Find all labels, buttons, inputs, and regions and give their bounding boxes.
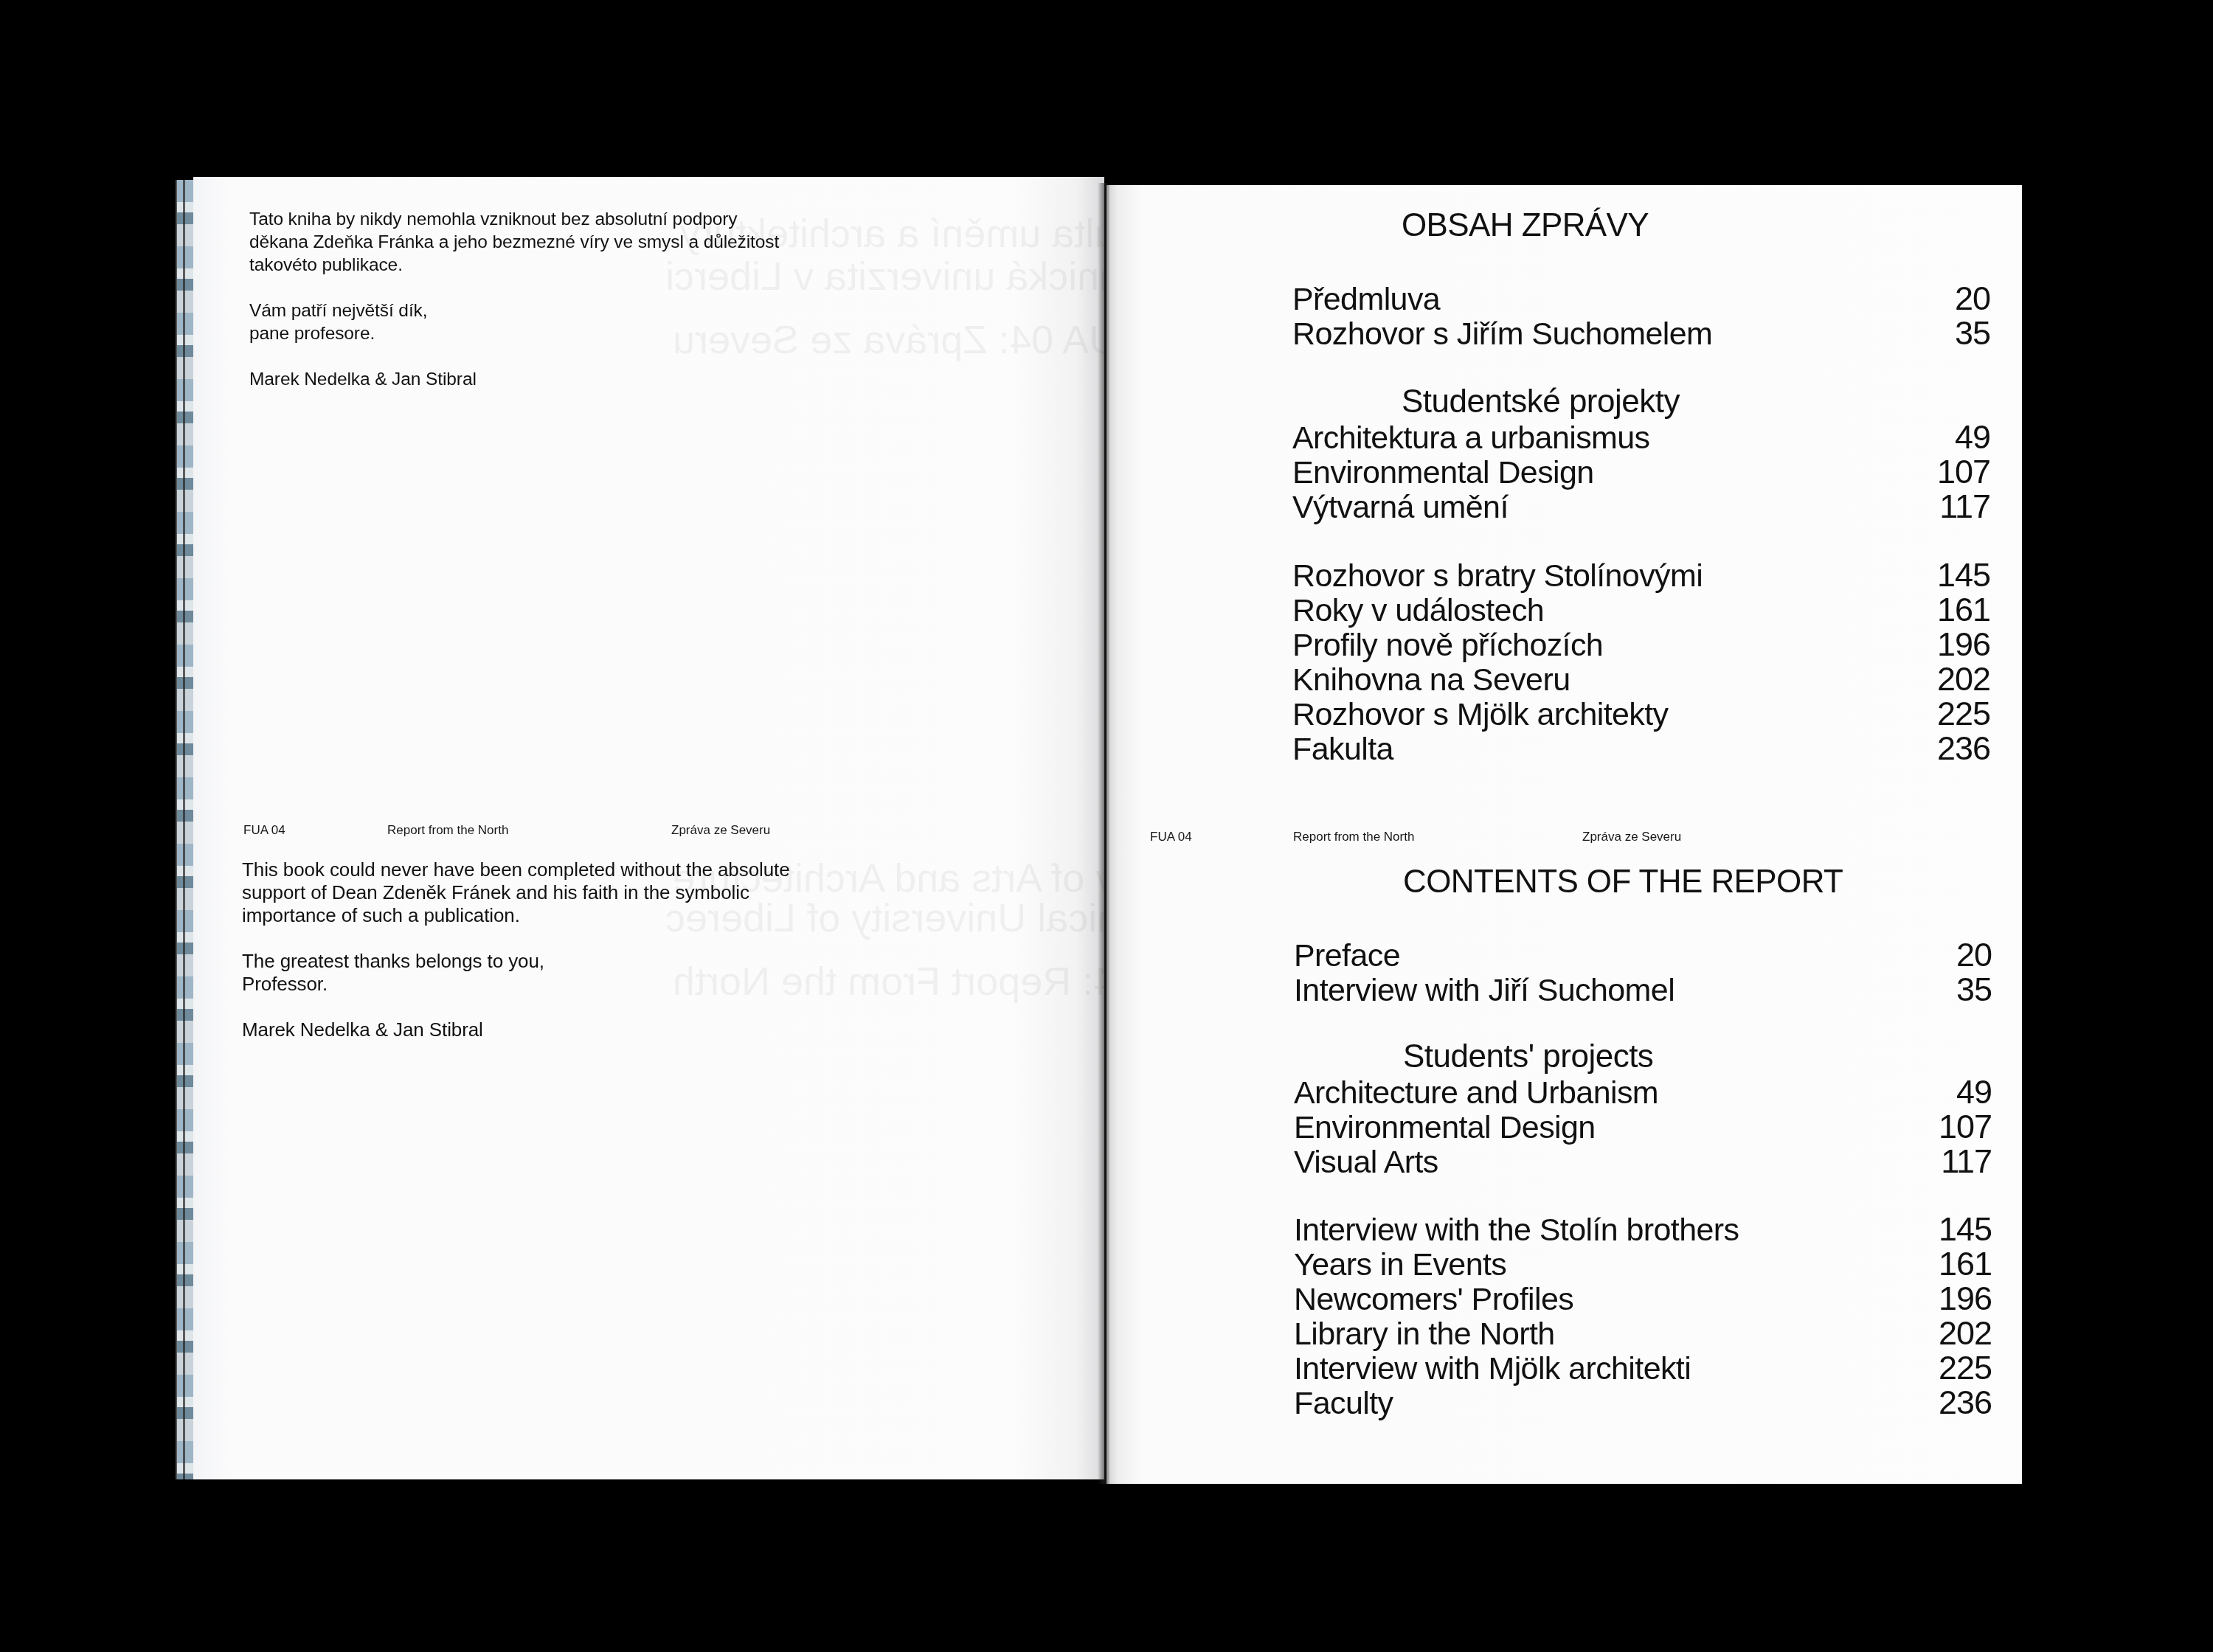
toc-entry-page: 236 bbox=[1939, 1385, 1992, 1420]
running-head-title-cs: Zpráva ze Severu bbox=[1582, 830, 1681, 844]
toc-title-czech: OBSAH ZPRÁVY bbox=[1402, 207, 1649, 244]
toc-entry[interactable]: Profily nově příchozích196 bbox=[1292, 627, 1990, 662]
toc-entry[interactable]: Architecture and Urbanism49 bbox=[1294, 1075, 1992, 1109]
toc-entry-label: Environmental Design bbox=[1294, 1111, 1596, 1145]
toc-entry-page: 196 bbox=[1939, 1281, 1992, 1316]
toc-entry-page: 117 bbox=[1939, 489, 1990, 524]
toc-entry[interactable]: Interview with Jiří Suchomel35 bbox=[1294, 972, 1992, 1007]
toc-entry[interactable]: Rozhovor s Mjölk architekty225 bbox=[1292, 696, 1990, 731]
toc-entry-label: Rozhovor s bratry Stolínovými bbox=[1292, 559, 1703, 594]
toc-czech-group-3: Rozhovor s bratry Stolínovými145 Roky v … bbox=[1292, 558, 1990, 766]
toc-entry-label: Rozhovor s Mjölk architekty bbox=[1292, 698, 1669, 732]
toc-entry-label: Interview with Mjölk architekti bbox=[1294, 1352, 1691, 1386]
toc-entry-label: Výtvarná umění bbox=[1292, 490, 1509, 525]
toc-entry-label: Rozhovor s Jiřím Suchomelem bbox=[1292, 317, 1712, 352]
toc-entry-page: 20 bbox=[1956, 937, 1992, 972]
dedication-line: děkana Zdeňka Fránka a jeho bezmezné vír… bbox=[249, 231, 779, 254]
toc-entry-label: Fakulta bbox=[1292, 732, 1393, 767]
toc-subheading-english: Students' projects bbox=[1403, 1038, 1653, 1075]
dedication-signature: Marek Nedelka & Jan Stibral bbox=[249, 368, 779, 391]
toc-english-group-2: Architecture and Urbanism49 Environmenta… bbox=[1294, 1075, 1992, 1179]
toc-entry[interactable]: Výtvarná umění117 bbox=[1292, 489, 1990, 524]
dedication-line: importance of such a publication. bbox=[242, 904, 790, 927]
spine-gutter-shadow bbox=[1098, 183, 1109, 1484]
toc-entry-page: 225 bbox=[1939, 1350, 1992, 1385]
running-head-title-en: Report from the North bbox=[1293, 830, 1414, 844]
toc-entry[interactable]: Faculty236 bbox=[1294, 1385, 1992, 1420]
dedication-line: support of Dean Zdeněk Fránek and his fa… bbox=[242, 881, 790, 904]
toc-entry-label: Architektura a urbanismus bbox=[1292, 421, 1650, 456]
toc-entry-label: Library in the North bbox=[1294, 1317, 1555, 1352]
toc-entry[interactable]: Environmental Design107 bbox=[1294, 1109, 1992, 1144]
toc-entry-page: 20 bbox=[1955, 281, 1990, 316]
running-head-title-en: Report from the North bbox=[387, 823, 508, 838]
toc-entry[interactable]: Roky v událostech161 bbox=[1292, 592, 1990, 627]
toc-entry-page: 107 bbox=[1937, 454, 1990, 489]
toc-entry[interactable]: Years in Events161 bbox=[1294, 1246, 1992, 1281]
toc-entry-label: Interview with the Stolín brothers bbox=[1294, 1213, 1739, 1248]
toc-entry[interactable]: Interview with Mjölk architekti225 bbox=[1294, 1350, 1992, 1385]
toc-entry-page: 35 bbox=[1955, 316, 1990, 350]
dedication-english: This book could never have been complete… bbox=[242, 858, 790, 1064]
toc-entry-label: Knihovna na Severu bbox=[1292, 663, 1570, 698]
toc-entry-page: 202 bbox=[1937, 662, 1990, 696]
toc-entry-page: 107 bbox=[1939, 1109, 1992, 1144]
toc-entry-label: Architecture and Urbanism bbox=[1294, 1076, 1658, 1111]
toc-entry-page: 225 bbox=[1937, 696, 1990, 731]
toc-entry-page: 202 bbox=[1939, 1316, 1992, 1350]
toc-entry-label: Roky v událostech bbox=[1292, 594, 1544, 628]
toc-czech-group-2: Architektura a urbanismus49 Environmenta… bbox=[1292, 420, 1990, 524]
toc-entry-page: 145 bbox=[1937, 558, 1990, 592]
toc-czech-group-1: Předmluva20 Rozhovor s Jiřím Suchomelem3… bbox=[1292, 281, 1990, 350]
toc-entry-label: Years in Events bbox=[1294, 1248, 1506, 1283]
toc-entry-label: Newcomers' Profiles bbox=[1294, 1283, 1573, 1317]
toc-entry-page: 161 bbox=[1937, 592, 1990, 627]
dedication-line: Tato kniha by nikdy nemohla vzniknout be… bbox=[249, 208, 779, 231]
toc-entry[interactable]: Visual Arts117 bbox=[1294, 1144, 1992, 1179]
toc-entry[interactable]: Architektura a urbanismus49 bbox=[1292, 420, 1990, 454]
toc-entry-page: 236 bbox=[1937, 731, 1990, 766]
toc-entry[interactable]: Knihovna na Severu202 bbox=[1292, 662, 1990, 696]
toc-subheading-czech: Studentské projekty bbox=[1402, 383, 1680, 420]
toc-entry[interactable]: Preface20 bbox=[1294, 937, 1992, 972]
dedication-line: pane profesore. bbox=[249, 322, 779, 345]
toc-entry-page: 35 bbox=[1956, 972, 1992, 1007]
toc-entry[interactable]: Newcomers' Profiles196 bbox=[1294, 1281, 1992, 1316]
running-head-series: FUA 04 bbox=[243, 823, 285, 838]
toc-entry-page: 117 bbox=[1941, 1144, 1992, 1179]
toc-entry[interactable]: Rozhovor s Jiřím Suchomelem35 bbox=[1292, 316, 1990, 350]
toc-entry-page: 49 bbox=[1955, 420, 1990, 454]
toc-entry[interactable]: Interview with the Stolín brothers145 bbox=[1294, 1212, 1992, 1246]
toc-entry-page: 161 bbox=[1939, 1246, 1992, 1281]
toc-entry-label: Preface bbox=[1294, 939, 1400, 974]
toc-entry-page: 196 bbox=[1937, 627, 1990, 662]
toc-entry[interactable]: Rozhovor s bratry Stolínovými145 bbox=[1292, 558, 1990, 592]
toc-entry[interactable]: Předmluva20 bbox=[1292, 281, 1990, 316]
dedication-line: This book could never have been complete… bbox=[242, 858, 790, 881]
dedication-line: Professor. bbox=[242, 973, 790, 996]
left-page: Fakulta umění a architektury Technická u… bbox=[193, 177, 1104, 1479]
toc-title-english: CONTENTS OF THE REPORT bbox=[1403, 864, 1843, 900]
toc-english-group-1: Preface20 Interview with Jiří Suchomel35 bbox=[1294, 937, 1992, 1007]
toc-entry-label: Interview with Jiří Suchomel bbox=[1294, 974, 1675, 1008]
toc-entry-page: 49 bbox=[1956, 1075, 1992, 1109]
toc-entry[interactable]: Fakulta236 bbox=[1292, 731, 1990, 766]
toc-english-group-3: Interview with the Stolín brothers145 Ye… bbox=[1294, 1212, 1992, 1420]
dedication-line: The greatest thanks belongs to you, bbox=[242, 950, 790, 973]
dedication-line: Vám patří největší dík, bbox=[249, 299, 779, 322]
toc-entry[interactable]: Environmental Design107 bbox=[1292, 454, 1990, 489]
toc-entry-label: Faculty bbox=[1294, 1386, 1393, 1421]
running-head-title-cs: Zpráva ze Severu bbox=[671, 823, 770, 838]
dedication-czech: Tato kniha by nikdy nemohla vzniknout be… bbox=[249, 208, 779, 414]
dedication-line: takovéto publikace. bbox=[249, 254, 779, 277]
right-page: OBSAH ZPRÁVY Předmluva20 Rozhovor s Jiří… bbox=[1106, 185, 2022, 1484]
running-head-series: FUA 04 bbox=[1150, 830, 1192, 844]
toc-entry-label: Environmental Design bbox=[1292, 456, 1594, 490]
dedication-signature: Marek Nedelka & Jan Stibral bbox=[242, 1018, 790, 1041]
toc-entry-label: Předmluva bbox=[1292, 282, 1440, 317]
toc-entry[interactable]: Library in the North202 bbox=[1294, 1316, 1992, 1350]
toc-entry-label: Visual Arts bbox=[1294, 1145, 1438, 1180]
toc-entry-label: Profily nově příchozích bbox=[1292, 628, 1603, 663]
toc-entry-page: 145 bbox=[1939, 1212, 1992, 1246]
